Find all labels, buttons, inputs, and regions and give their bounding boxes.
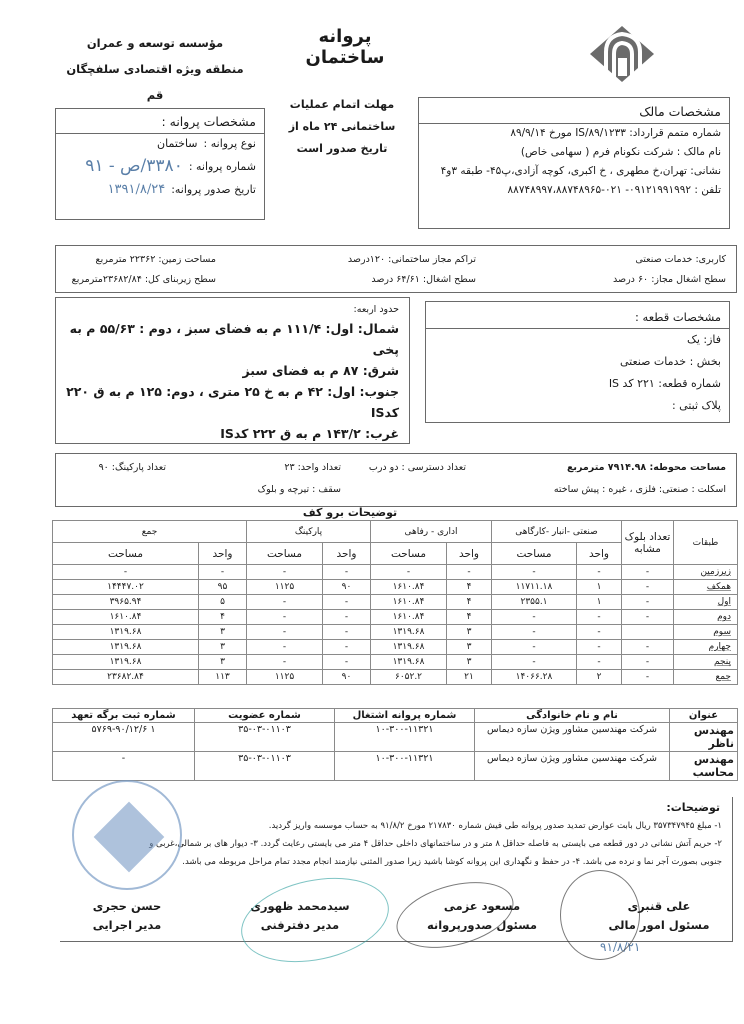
engineer-name: شرکت مهندسین مشاور ویژن سازه دیماس	[475, 752, 670, 781]
cell: -	[53, 565, 199, 580]
cell: ۱۱۳	[199, 670, 247, 685]
land-area-value: ۲۲۳۶۲ مترمربع	[96, 254, 156, 265]
col-floors: طبقات	[674, 521, 738, 565]
floor-area-table: طبقات تعداد بلوک مشابه صنعتی -انبار -کار…	[52, 520, 738, 685]
col-tot-area: مساحت	[53, 543, 199, 565]
engineer-license: ۱۰-۳۰۰-۱۱۳۲۱	[335, 752, 475, 781]
table-row: مهندس ناظر شرکت مهندسین مشاور ویژن سازه …	[53, 723, 738, 752]
deadline-line-2: ساختمانی ۲۴ ماه از	[282, 116, 402, 138]
engineer-title: مهندس ناظر	[670, 723, 738, 752]
cell: ۱۳۱۹.۶۸	[53, 625, 199, 640]
allowed-occupancy: سطح اشغال مجاز: ۶۰ درصد	[613, 274, 726, 285]
cell: ۲	[577, 670, 622, 685]
engineer-commitment: -	[53, 752, 195, 781]
usage-type-value: خدمات صنعتی	[635, 254, 692, 265]
col-off-area: مساحت	[371, 543, 447, 565]
cell: -	[622, 595, 674, 610]
cell: ۱۳۱۹.۶۸	[371, 655, 447, 670]
cell: ۱۶۱۰.۸۴	[53, 610, 199, 625]
owner-name-row: نام مالک : شرکت نکونام فرم ( سهامی خاص)	[419, 143, 729, 162]
cell: -	[247, 610, 323, 625]
cell: -	[577, 565, 622, 580]
organization-line-1: مؤسسه توسعه و عمران	[60, 30, 250, 56]
cell: -	[492, 565, 577, 580]
col-name: نام و نام خانوادگی	[475, 709, 670, 723]
density-label: تراکم مجاز ساختمانی:	[388, 254, 476, 265]
phone-label: تلفن :	[694, 184, 721, 196]
floor-name: چهارم	[674, 640, 738, 655]
floor-name: زیرزمین	[674, 565, 738, 580]
cell: -	[577, 640, 622, 655]
contract-row: شماره متمم قرارداد: IS/۸۹/۱۲۳۳ مورخ ۸۹/۹…	[419, 124, 729, 143]
col-membership: شماره عضویت	[195, 709, 335, 723]
organization-name: مؤسسه توسعه و عمران منطقه ویژه اقتصادی س…	[60, 30, 250, 108]
stamp-emblem-icon	[94, 802, 165, 873]
cell: -	[323, 595, 371, 610]
address-row: نشانی: تهران،خ مطهری ، خ اکبری، کوچه آزا…	[419, 162, 729, 181]
cell: ۳	[447, 640, 492, 655]
allowed-occupancy-value: ۶۰ درصد	[613, 274, 648, 285]
owner-name-value: شرکت نکونام فرم ( سهامی خاص)	[521, 146, 673, 158]
density-value: ۱۲۰درصد	[348, 254, 385, 265]
cell: -	[622, 580, 674, 595]
total-floor-area: سطح زیربنای کل: ۲۳۶۸۲/۸۴مترمربع	[72, 274, 216, 285]
table-row: دوم - - - ۴ ۱۶۱۰.۸۴ - - ۴ ۱۶۱۰.۸۴	[53, 610, 738, 625]
col-group-total: جمع	[53, 521, 247, 543]
address-label: نشانی:	[690, 165, 721, 177]
permit-heading: مشخصات پروانه :	[56, 109, 264, 134]
document-title: پروانه ساختمان	[280, 26, 410, 68]
phone-value: ۰۹۱۲۱۹۹۱۹۹۲- ۰۲۱-۸۸۷۴۸۹۹۷،۸۸۷۴۸۹۶۵	[508, 184, 692, 196]
floor-name: اول	[674, 595, 738, 610]
cell: -	[492, 625, 577, 640]
floor-name: جمع	[674, 670, 738, 685]
col-tot-unit: واحد	[199, 543, 247, 565]
usage-summary-box: کاربری: خدمات صنعتی تراکم مجاز ساختمانی:…	[55, 245, 737, 293]
col-park-unit: واحد	[323, 543, 371, 565]
cell: -	[247, 640, 323, 655]
floor-name: دوم	[674, 610, 738, 625]
notes-heading: توضیحات:	[666, 801, 720, 814]
cell: -	[577, 610, 622, 625]
cell: ۶۰۵۲.۲	[371, 670, 447, 685]
cell: -	[492, 640, 577, 655]
plot-phase: فاز: یک	[426, 329, 729, 351]
table-row: اول - ۱ ۲۳۵۵.۱ ۴ ۱۶۱۰.۸۴ - - ۵ ۳۹۶۵.۹۴	[53, 595, 738, 610]
cell: ۱۳۱۹.۶۸	[371, 625, 447, 640]
permit-details-box: مشخصات پروانه : نوع پروانه : ساختمان شما…	[55, 108, 265, 220]
usage-type-label: کاربری:	[695, 254, 726, 265]
boundaries-box: حدود اربعه: شمال: اول: ۱۱۱/۴ م به فضای س…	[55, 297, 410, 444]
cell: ۴	[199, 610, 247, 625]
col-ind-unit: واحد	[577, 543, 622, 565]
cell: ۱	[577, 595, 622, 610]
usage-type: کاربری: خدمات صنعتی	[635, 254, 726, 265]
land-area-label: مساحت زمین:	[158, 254, 216, 265]
cell: ۱۱۷۱۱.۱۸	[492, 580, 577, 595]
cell: -	[622, 565, 674, 580]
cell: ۱۶۱۰.۸۴	[371, 610, 447, 625]
cell: -	[323, 625, 371, 640]
plot-sector: بخش : خدمات صنعتی	[426, 351, 729, 373]
cell: -	[447, 565, 492, 580]
cell: ۳	[199, 655, 247, 670]
land-area: مساحت زمین: ۲۲۳۶۲ مترمربع	[96, 254, 216, 265]
table-row: زیرزمین - - - - - - - - -	[53, 565, 738, 580]
cell: ۱۶۱۰.۸۴	[371, 580, 447, 595]
deadline-line-1: مهلت اتمام عملیات	[282, 94, 402, 116]
cell: -	[323, 610, 371, 625]
col-commitment: شماره ثبت برگه تعهد	[53, 709, 195, 723]
boundary-west: غرب: ۱۴۳/۲ م به ق ۲۲۲ کدIS	[66, 423, 399, 444]
cell: ۵	[199, 595, 247, 610]
engineer-title: مهندس محاسب	[670, 752, 738, 781]
parking-count: تعداد پارکینگ: ۹۰	[99, 462, 166, 473]
cell: ۱۱۲۵	[247, 580, 323, 595]
floor-name: سوم	[674, 625, 738, 640]
cell: -	[622, 670, 674, 685]
cell: ۴	[447, 580, 492, 595]
site-summary-box: مساحت محوطه: ۷۹۱۴.۹۸ مترمربع تعداد دسترس…	[55, 453, 737, 507]
plot-registered-plate: پلاک ثبتی :	[426, 395, 729, 417]
cell: ۳	[447, 625, 492, 640]
cell: ۳	[447, 655, 492, 670]
cell: -	[323, 655, 371, 670]
deadline-line-3: تاریخ صدور است	[282, 138, 402, 160]
signature-scribble-icon	[560, 870, 640, 960]
owner-heading: مشخصات مالک	[419, 98, 729, 124]
organization-line-2: منطقه ویژه اقتصادی سلفچگان قم	[60, 56, 250, 108]
signer-name: حسن حجری	[77, 897, 177, 916]
engineer-name: شرکت مهندسین مشاور ویژن سازه دیماس	[475, 723, 670, 752]
table-row: مهندس محاسب شرکت مهندسین مشاور ویژن سازه…	[53, 752, 738, 781]
engineer-commitment: ۱ ۵۷۶۹-۹۰/۱۲/۶	[53, 723, 195, 752]
cell: ۳	[199, 625, 247, 640]
permit-date-value: ۱۳۹۱/۸/۲۴	[108, 182, 166, 197]
plot-heading: مشخصات قطعه :	[426, 302, 729, 329]
cell: -	[622, 655, 674, 670]
cell: -	[323, 565, 371, 580]
cell: -	[247, 565, 323, 580]
phone-row: تلفن : ۰۹۱۲۱۹۹۱۹۹۲- ۰۲۱-۸۸۷۴۸۹۹۷،۸۸۷۴۸۹۶…	[419, 181, 729, 200]
engineers-table: عنوان نام و نام خانوادگی شماره پروانه اش…	[52, 708, 738, 781]
contract-label: شماره متمم قرارداد:	[629, 127, 721, 139]
signature-executive-manager: حسن حجری مدیر اجرایی	[77, 897, 177, 935]
cell: -	[622, 640, 674, 655]
address-value: تهران،خ مطهری ، خ اکبری، کوچه آزادی،پ۴۵-…	[441, 165, 687, 177]
cell: ۲۱	[447, 670, 492, 685]
table-row: همکف - ۱ ۱۱۷۱۱.۱۸ ۴ ۱۶۱۰.۸۴ ۹۰ ۱۱۲۵ ۹۵ ۱…	[53, 580, 738, 595]
cell: ۴	[447, 610, 492, 625]
col-ind-area: مساحت	[492, 543, 577, 565]
floor-table-caption: توضیحات برو کف	[280, 506, 420, 519]
permit-date-row: تاریخ صدور پروانه: ۱۳۹۱/۸/۲۴	[56, 179, 264, 200]
completion-deadline: مهلت اتمام عملیات ساختمانی ۲۴ ماه از تار…	[282, 94, 402, 160]
cell: ۹۰	[323, 670, 371, 685]
yard-area: مساحت محوطه: ۷۹۱۴.۹۸ مترمربع	[567, 462, 726, 473]
permit-date-label: تاریخ صدور پروانه:	[171, 183, 256, 196]
unit-count: تعداد واحد: ۲۳	[284, 462, 341, 473]
allowed-density: تراکم مجاز ساختمانی: ۱۲۰درصد	[348, 254, 476, 265]
cell: ۹۵	[199, 580, 247, 595]
cell: ۲۳۵۵.۱	[492, 595, 577, 610]
permit-type-value: ساختمان	[157, 137, 197, 150]
floor-name: پنجم	[674, 655, 738, 670]
cell: ۱۴۴۴۷.۰۲	[53, 580, 199, 595]
table-row: سوم - - ۳ ۱۳۱۹.۶۸ - - ۳ ۱۳۱۹.۶۸	[53, 625, 738, 640]
occupancy-value: ۶۴/۶۱ درصد	[371, 274, 420, 285]
occupancy: سطح اشغال: ۶۴/۶۱ درصد	[371, 274, 476, 285]
permit-type-row: نوع پروانه : ساختمان	[56, 134, 264, 153]
cell: ۲۳۶۸۲.۸۴	[53, 670, 199, 685]
cell: -	[577, 655, 622, 670]
cell	[622, 625, 674, 640]
structure-type: اسکلت : صنعتی: فلزی ، غیره : پیش ساخته	[554, 484, 726, 495]
table-row-total: جمع - ۲ ۱۴۰۶۶.۲۸ ۲۱ ۶۰۵۲.۲ ۹۰ ۱۱۲۵ ۱۱۳ ۲…	[53, 670, 738, 685]
col-group-office: اداری - رفاهی	[371, 521, 492, 543]
table-row: پنجم - - - ۳ ۱۳۱۹.۶۸ - - ۳ ۱۳۱۹.۶۸	[53, 655, 738, 670]
boundary-east: شرق: ۸۷ م به فضای سبز	[66, 360, 399, 381]
engineer-membership: ۳۵-۰۳-۰۱۱۰۳	[195, 752, 335, 781]
cell: ۱۱۲۵	[247, 670, 323, 685]
roof-type: سقف : تیرچه و بلوک	[258, 484, 341, 495]
cell: ۳۹۶۵.۹۴	[53, 595, 199, 610]
owner-name-label: نام مالک :	[677, 146, 721, 158]
boundary-north: شمال: اول: ۱۱۱/۴ م به فضای سبز ، دوم : ۵…	[66, 318, 399, 360]
cell: ۹۰	[323, 580, 371, 595]
col-off-unit: واحد	[447, 543, 492, 565]
col-license: شماره پروانه اشتغال	[335, 709, 475, 723]
boundaries-heading: حدود اربعه:	[66, 304, 399, 315]
table-row: چهارم - - - ۳ ۱۳۱۹.۶۸ - - ۳ ۱۳۱۹.۶۸	[53, 640, 738, 655]
engineer-license: ۱۰-۳۰۰-۱۱۳۲۱	[335, 723, 475, 752]
cell: -	[323, 640, 371, 655]
plot-details-box: مشخصات قطعه : فاز: یک بخش : خدمات صنعتی …	[425, 301, 730, 423]
cell: ۱۳۱۹.۶۸	[371, 640, 447, 655]
permit-number-value: ۳۳۸۰/ص - ۹۱	[85, 156, 183, 176]
col-park-area: مساحت	[247, 543, 323, 565]
total-floor-area-value: ۲۳۶۸۲/۸۴مترمربع	[72, 274, 142, 285]
cell: -	[247, 595, 323, 610]
cell: -	[247, 625, 323, 640]
official-stamp-icon	[72, 780, 182, 890]
cell: -	[492, 655, 577, 670]
cell: -	[199, 565, 247, 580]
plot-number: شماره قطعه: ۲۲۱ کد IS	[426, 373, 729, 395]
floor-name: همکف	[674, 580, 738, 595]
col-group-industrial: صنعتی -انبار -کارگاهی	[492, 521, 622, 543]
cell: ۱۶۱۰.۸۴	[371, 595, 447, 610]
col-similar-blocks: تعداد بلوک مشابه	[622, 521, 674, 565]
signer-role: مدیر اجرایی	[77, 916, 177, 935]
contract-value: IS/۸۹/۱۲۳۳ مورخ ۸۹/۹/۱۴	[510, 127, 626, 139]
permit-type-label: نوع پروانه :	[204, 137, 256, 150]
cell: -	[371, 565, 447, 580]
cell: -	[492, 610, 577, 625]
owner-details-box: مشخصات مالک شماره متمم قرارداد: IS/۸۹/۱۲…	[418, 97, 730, 229]
cell: ۴	[447, 595, 492, 610]
total-floor-area-label: سطح زیربنای کل:	[145, 274, 216, 285]
building-diamond-logo-icon	[588, 24, 656, 84]
permit-number-label: شماره پروانه :	[189, 160, 256, 173]
cell: ۱	[577, 580, 622, 595]
cell: ۱۳۱۹.۶۸	[53, 640, 199, 655]
access-count: تعداد دسترسی : دو درب	[369, 462, 466, 473]
cell: -	[622, 610, 674, 625]
occupancy-label: سطح اشغال:	[423, 274, 476, 285]
cell: -	[247, 655, 323, 670]
permit-number-row: شماره پروانه : ۳۳۸۰/ص - ۹۱	[56, 153, 264, 179]
cell: ۱۳۱۹.۶۸	[53, 655, 199, 670]
cell: ۱۴۰۶۶.۲۸	[492, 670, 577, 685]
note-line-3: جنوبی بصورت آجر نما و نرده می باشد. ۴- د…	[82, 855, 722, 870]
col-title: عنوان	[670, 709, 738, 723]
boundary-south: جنوب: اول: ۴۲ م به خ ۲۵ متری ، دوم: ۱۲۵ …	[66, 381, 399, 423]
cell: ۳	[199, 640, 247, 655]
allowed-occupancy-label: سطح اشغال مجاز:	[651, 274, 726, 285]
cell: -	[577, 625, 622, 640]
engineer-membership: ۳۵-۰۳-۰۱۱۰۳	[195, 723, 335, 752]
col-group-parking: پارکینگ	[247, 521, 371, 543]
